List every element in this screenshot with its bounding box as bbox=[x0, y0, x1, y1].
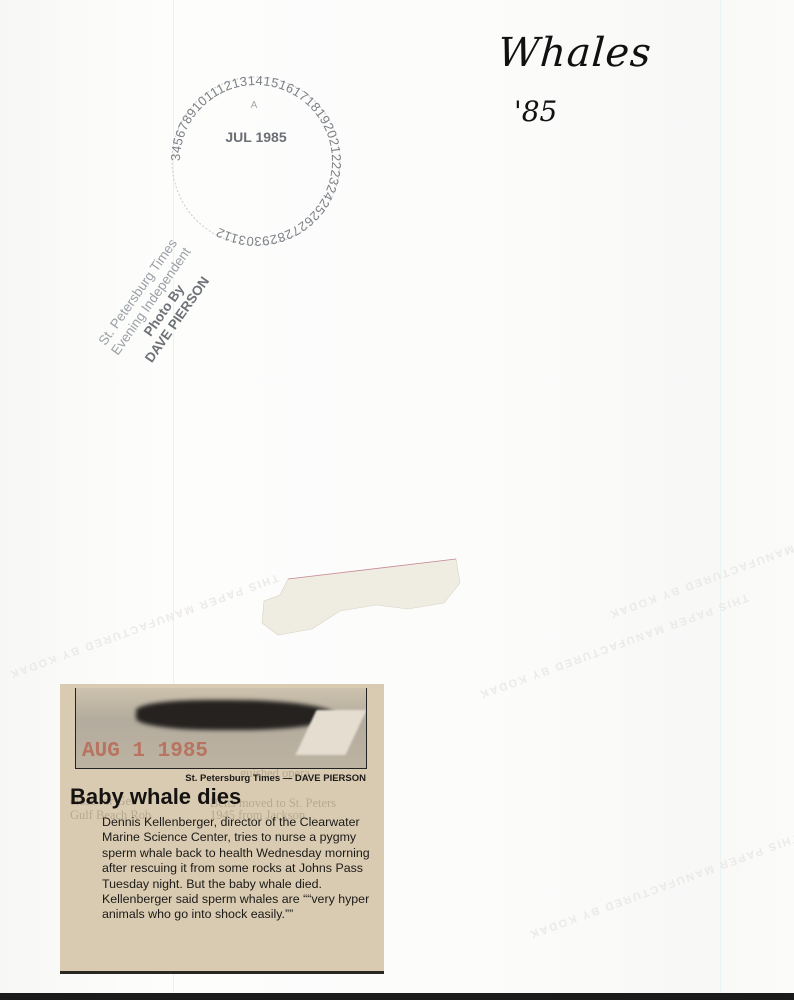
handwritten-title: Whales bbox=[496, 30, 653, 76]
svg-text:JUL 1985: JUL 1985 bbox=[225, 129, 286, 145]
newspaper-clipping: guished opera close for Gee Gulf Beach R… bbox=[60, 684, 384, 971]
handwritten-year: '85 bbox=[514, 95, 557, 128]
photo-back-page: THIS PAPER MANUFACTURED BY KODAK THIS PA… bbox=[0, 0, 794, 993]
watermark: THIS PAPER MANUFACTURED BY KODAK bbox=[607, 511, 794, 620]
watermark: THIS PAPER MANUFACTURED BY KODAK bbox=[527, 831, 794, 940]
circular-date-stamp: 3456789101112131415161718192021222324252… bbox=[168, 76, 344, 246]
svg-text:A: A bbox=[251, 100, 258, 111]
paper-crease bbox=[720, 0, 721, 993]
photo-credit-stamp: St. Petersburg Times Evening Independent… bbox=[95, 235, 221, 376]
date-overprint: AUG 1 1985 bbox=[82, 740, 208, 763]
watermark: THIS PAPER MANUFACTURED BY KODAK bbox=[7, 571, 280, 680]
headline: Baby whale dies bbox=[70, 784, 241, 810]
scan-edge bbox=[0, 993, 794, 1000]
caption-text: Dennis Kellenberger, director of the Cle… bbox=[102, 815, 382, 923]
tape-residue bbox=[258, 557, 460, 637]
photo-caption-credit: St. Petersburg Times — DAVE PIERSON bbox=[185, 773, 366, 784]
